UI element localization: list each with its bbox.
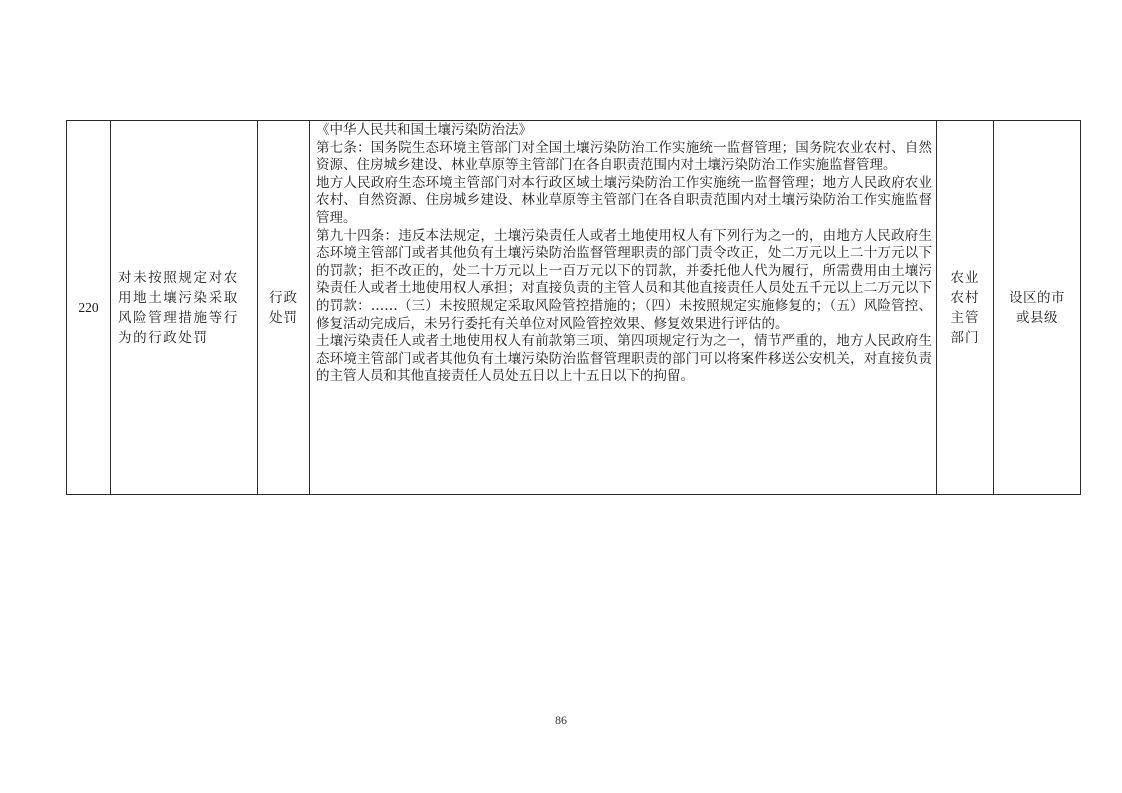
row-number-cell: 220 (67, 121, 111, 495)
department-line: 部门 (937, 328, 993, 348)
legal-paragraph: 地方人民政府生态环境主管部门对本行政区域土壤污染防治工作实施统一监督管理；地方人… (316, 175, 932, 228)
law-title: 《中华人民共和国土壤污染防治法》 (316, 122, 932, 140)
item-type-line: 处罚 (258, 308, 309, 328)
department-cell: 农业 农村 主管 部门 (937, 121, 994, 495)
level-line: 设区的市 (994, 288, 1080, 308)
legal-paragraph: 土壤污染责任人或者土地使用权人有前款第三项、第四项规定行为之一，情节严重的，地方… (316, 333, 932, 386)
department-line: 农业 (937, 268, 993, 288)
department-line: 主管 (937, 308, 993, 328)
legal-paragraph: 第九十四条：违反本法规定，土壤污染责任人或者土地使用权人有下列行为之一的，由地方… (316, 228, 932, 334)
level-cell: 设区的市 或县级 (994, 121, 1081, 495)
department-line: 农村 (937, 288, 993, 308)
legal-paragraph: 第七条：国务院生态环境主管部门对全国土壤污染防治工作实施统一监督管理；国务院农业… (316, 140, 932, 175)
power-list-table: 220 对未按照规定对农用地土壤污染采取风险管理措施等行为的行政处罚 行政 处罚… (66, 120, 1081, 495)
item-name-cell: 对未按照规定对农用地土壤污染采取风险管理措施等行为的行政处罚 (111, 121, 258, 495)
page-number: 86 (0, 713, 1122, 728)
table-row: 220 对未按照规定对农用地土壤污染采取风险管理措施等行为的行政处罚 行政 处罚… (67, 121, 1081, 495)
item-type-cell: 行政 处罚 (258, 121, 310, 495)
item-name: 对未按照规定对农用地土壤污染采取风险管理措施等行为的行政处罚 (118, 270, 239, 346)
item-type-line: 行政 (258, 288, 309, 308)
level-line: 或县级 (994, 308, 1080, 328)
row-number: 220 (78, 300, 98, 315)
legal-basis-cell: 《中华人民共和国土壤污染防治法》 第七条：国务院生态环境主管部门对全国土壤污染防… (310, 121, 937, 495)
